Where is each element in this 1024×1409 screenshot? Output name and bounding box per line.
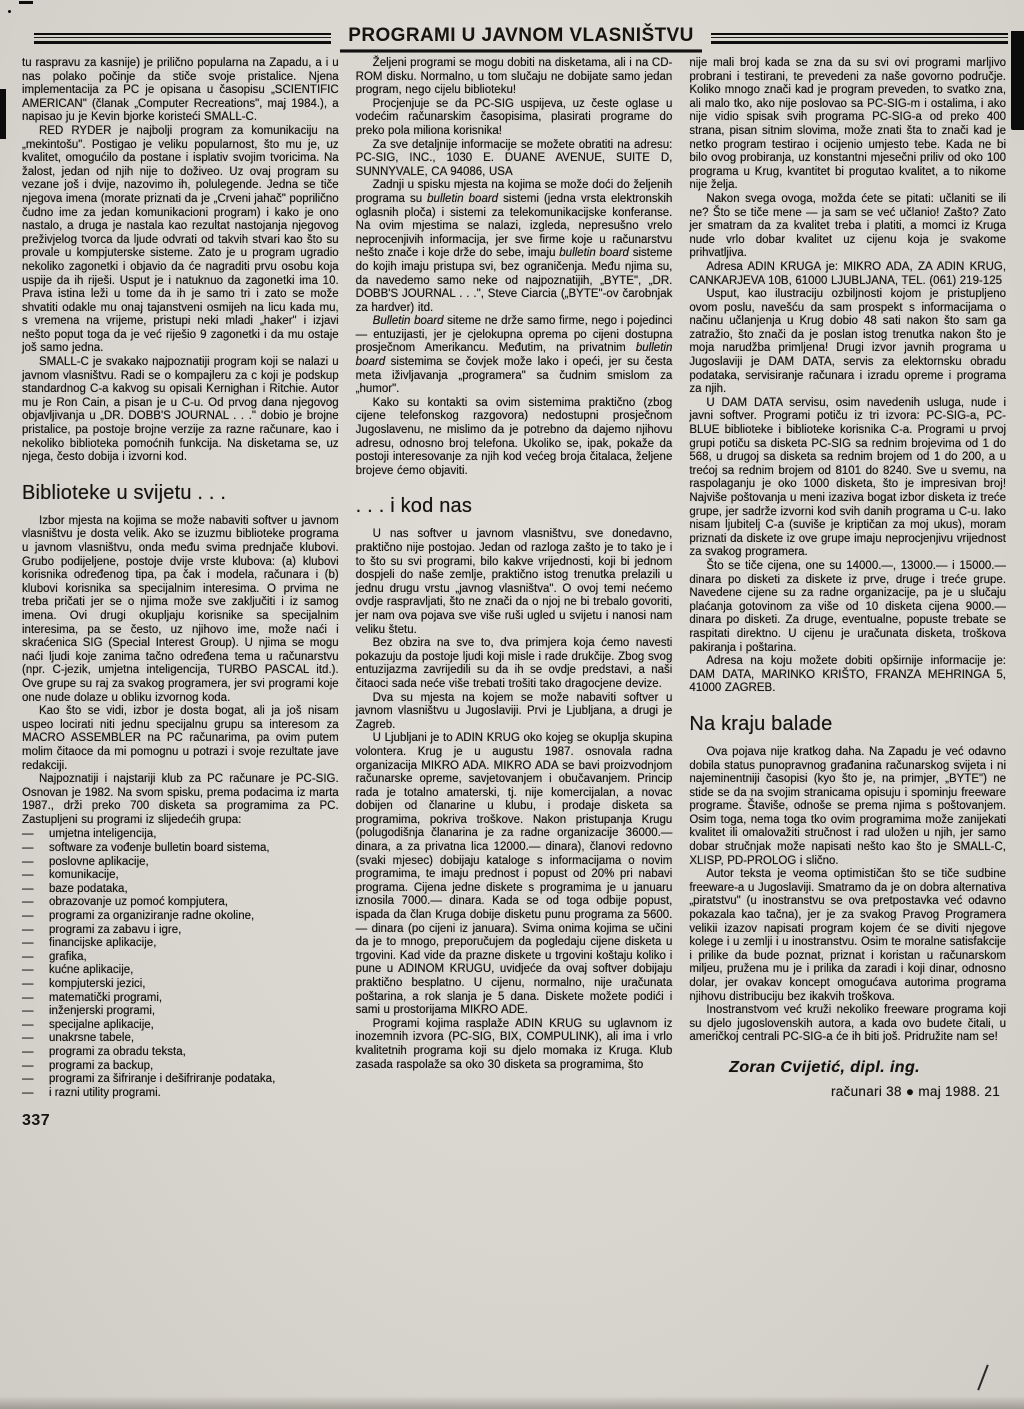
scan-mark-right-edge: [1011, 31, 1024, 130]
paragraph: Najpoznatiji i najstariji klub za PC rač…: [22, 773, 339, 827]
magazine-page: PROGRAMI U JAVNOM VLASNIŠTVU tu raspravu…: [0, 0, 1024, 1409]
paragraph: Inostranstvom već kruži nekoliko freewar…: [689, 1004, 1006, 1045]
list-item: —software za vođenje bulletin board sist…: [22, 842, 339, 856]
paragraph: U DAM DATA servisu, osim navedenih uslug…: [689, 397, 1006, 560]
masthead-rule-left: [34, 33, 331, 44]
section-heading-na-kraju-balade: Na kraju balade: [689, 713, 1006, 736]
list-item: —komunikacije,: [22, 869, 339, 883]
paragraph: nije mali broj kada se zna da su svi ovi…: [689, 57, 1006, 193]
page-edge-shadow: [0, 1396, 1024, 1409]
list-item: —umjetna inteligencija,: [22, 828, 339, 842]
paragraph: U nas softver u javnom vlasništvu, sve d…: [356, 528, 673, 637]
scan-speck: [8, 10, 11, 13]
paragraph: Autor teksta je veoma optimističan što s…: [689, 868, 1006, 1004]
paragraph: Zadnji u spisku mjesta na kojima se može…: [356, 179, 673, 315]
paragraph: Bez obzira na sve to, dva primjera koja …: [356, 637, 673, 691]
masthead: PROGRAMI U JAVNOM VLASNIŠTVU: [34, 27, 1008, 49]
paragraph: Za sve detaljnije informacije se možete …: [356, 139, 673, 180]
page-title: PROGRAMI U JAVNOM VLASNIŠTVU: [340, 24, 701, 52]
list-item: —baze podataka,: [22, 883, 339, 897]
scan-slash-mark: [977, 1365, 989, 1391]
list-item: —programi za šifriranje i dešifriranje p…: [22, 1073, 339, 1087]
list-item: —programi za backup,: [22, 1060, 339, 1074]
paragraph: Adresa ADIN KRUGA je: MIKRO ADA, ZA ADIN…: [689, 261, 1006, 288]
list-item: —programi za obradu teksta,: [22, 1046, 339, 1060]
list-item: —matematički programi,: [22, 992, 339, 1006]
section-heading-biblioteke: Biblioteke u svijetu . . .: [22, 482, 339, 505]
masthead-rule-right: [711, 33, 1008, 44]
paragraph: Programi kojima rasplaže ADIN KRUG su ug…: [356, 1018, 673, 1072]
scan-speck: [19, 1, 33, 4]
paragraph: Što se tiče cijena, one su 14000.—, 1300…: [689, 560, 1006, 655]
column-3: nije mali broj kada se zna da su svi ovi…: [689, 57, 1006, 1130]
paragraph: tu raspravu za kasnije) je prilično popu…: [22, 57, 339, 125]
list-item: —programi za zabavu i igre,: [22, 924, 339, 938]
paragraph: Bulletin board siteme ne drže samo firme…: [356, 315, 673, 397]
issue-footer: računari 38 ● maj 1988. 21: [689, 1084, 1006, 1099]
list-item: —programi za organiziranje radne okoline…: [22, 910, 339, 924]
paragraph: Izbor mjesta na kojima se može nabaviti …: [22, 515, 339, 705]
author-signature: Zoran Cvijetić, dipl. ing.: [689, 1059, 1006, 1077]
list-item: —i razni utility programi.: [22, 1087, 339, 1101]
list-item: —inženjerski programi,: [22, 1005, 339, 1019]
list-item: —grafika,: [22, 951, 339, 965]
list-item: —kompjuterski jezici,: [22, 978, 339, 992]
paragraph: Ova pojava nije kratkog daha. Na Zapadu …: [689, 746, 1006, 868]
paragraph: Kako su kontakti sa ovim sistemima prakt…: [356, 397, 673, 479]
paragraph: Usput, kao ilustraciju ozbiljnosti kojom…: [689, 288, 1006, 397]
list-item: —unakrsne tabele,: [22, 1032, 339, 1046]
paragraph: RED RYDER je najbolji program za komunik…: [22, 125, 339, 356]
paragraph: Adresa na koju možete dobiti opširnije i…: [689, 655, 1006, 696]
paragraph: Nakon svega ovoga, možda ćete se pitati:…: [689, 193, 1006, 261]
list-item: —poslovne aplikacije,: [22, 856, 339, 870]
article-columns: tu raspravu za kasnije) je prilično popu…: [0, 57, 1024, 1130]
column-2: Željeni programi se mogu dobiti na diske…: [356, 57, 673, 1130]
paragraph: U Ljubljani je to ADIN KRUG oko kojeg se…: [356, 732, 673, 1017]
section-heading-i-kod-nas: . . . i kod nas: [356, 495, 673, 518]
list-item: —kućne aplikacije,: [22, 964, 339, 978]
paragraph: Dva su mjesta na kojem se može nabaviti …: [356, 692, 673, 733]
paragraph: Željeni programi se mogu dobiti na diske…: [356, 57, 673, 98]
paragraph: SMALL-C je svakako najpoznatiji program …: [22, 356, 339, 465]
paragraph: Procjenjuje se da PC-SIG uspijeva, uz če…: [356, 98, 673, 139]
scan-mark-left-edge: [0, 89, 6, 139]
list-item: —obrazovanje uz pomoć kompjutera,: [22, 896, 339, 910]
program-category-list: —umjetna inteligencija,—software za vođe…: [22, 828, 339, 1100]
column-1: tu raspravu za kasnije) je prilično popu…: [22, 57, 339, 1130]
page-number: 337: [22, 1112, 339, 1130]
paragraph: Kao što se vidi, izbor je dosta bogat, a…: [22, 705, 339, 773]
list-item: —specijalne aplikacije,: [22, 1019, 339, 1033]
list-item: —financijske aplikacije,: [22, 937, 339, 951]
